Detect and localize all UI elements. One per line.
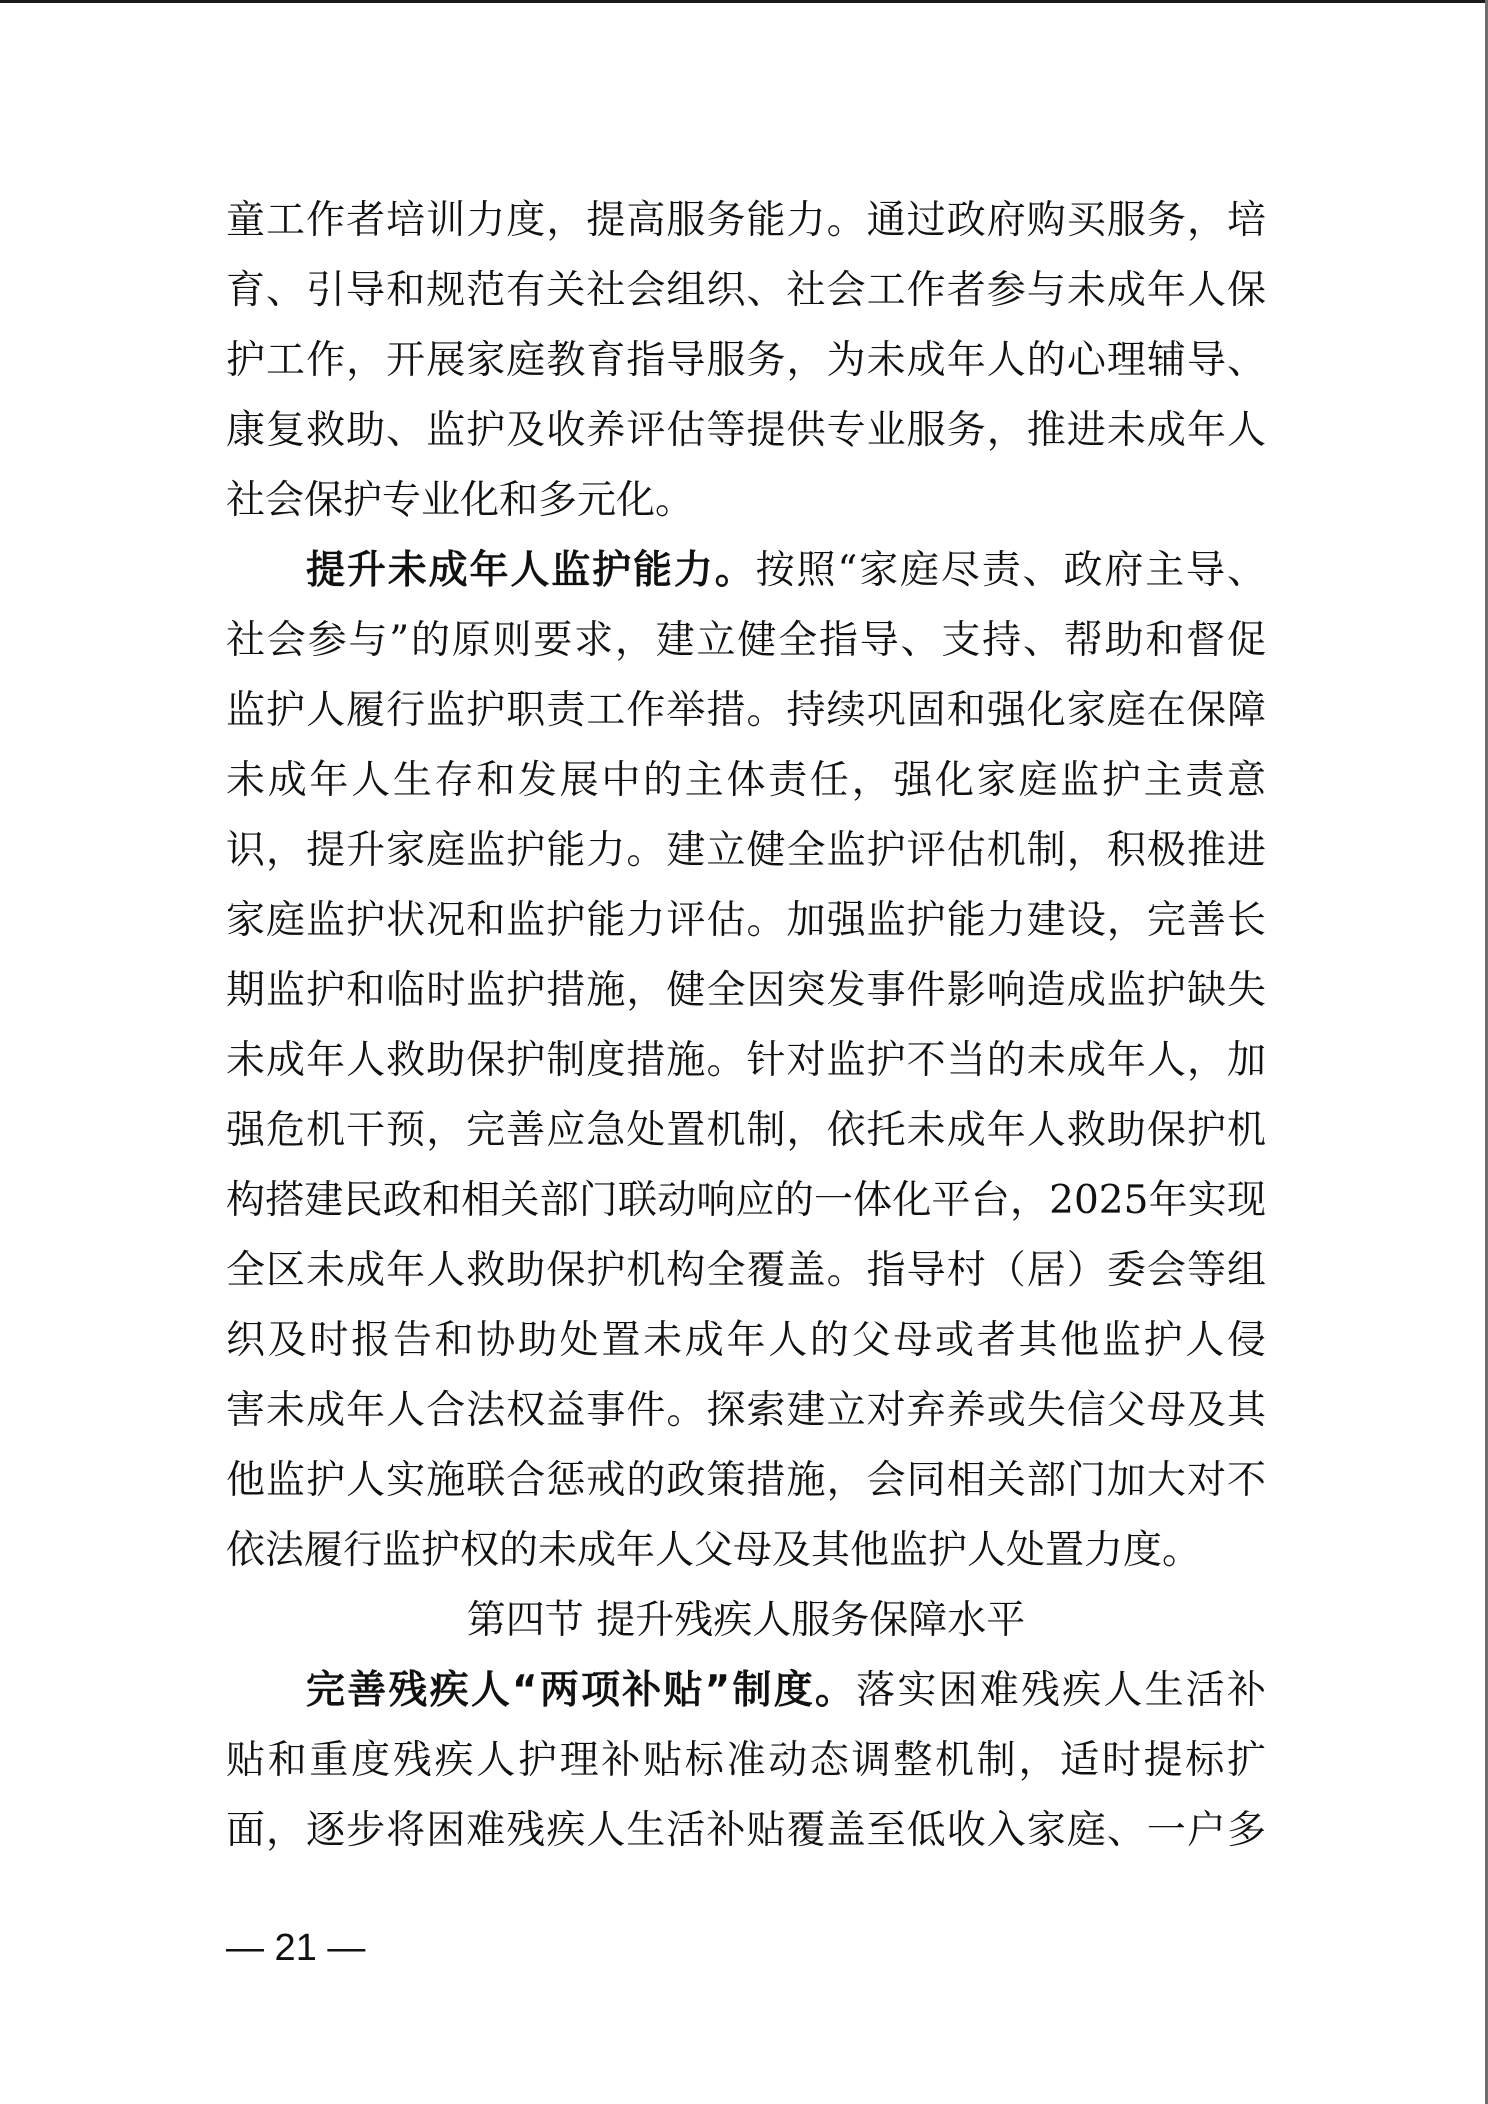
paragraph-guardianship-capacity: 提升未成年人监护能力。按照“家庭尽责、政府主导、 社会参与”的原则要求，建立健全… — [226, 542, 1266, 1592]
section-heading: 第四节 提升残疾人服务保障水平 — [226, 1592, 1266, 1662]
paragraph-first-line: 完善残疾人“两项补贴”制度。落实困难残疾人生活补 — [226, 1662, 1266, 1732]
text-line: 面，逐步将困难残疾人生活补贴覆盖至低收入家庭、一户多 — [226, 1802, 1266, 1872]
text-line: 强危机干预，完善应急处置机制，依托未成年人救助保护机 — [226, 1102, 1266, 1172]
text-segment: 按照“家庭尽责、政府主导、 — [756, 548, 1266, 593]
text-line: 期监护和临时监护措施，健全因突发事件影响造成监护缺失 — [226, 962, 1266, 1032]
text-line: 家庭监护状况和监护能力评估。加强监护能力建设，完善长 — [226, 892, 1266, 962]
text-line: 依法履行监护权的未成年人父母及其他监护人处置力度。 — [226, 1522, 1266, 1592]
text-line: 未成年人救助保护制度措施。针对监护不当的未成年人，加 — [226, 1032, 1266, 1102]
paragraph-first-line: 提升未成年人监护能力。按照“家庭尽责、政府主导、 — [226, 542, 1266, 612]
document-body: 童工作者培训力度，提高服务能力。通过政府购买服务，培 育、引导和规范有关社会组织… — [226, 192, 1266, 1872]
text-line: 全区未成年人救助保护机构全覆盖。指导村（居）委会等组 — [226, 1242, 1266, 1312]
text-line: 他监护人实施联合惩戒的政策措施，会同相关部门加大对不 — [226, 1452, 1266, 1522]
page-border-top — [0, 0, 1488, 3]
text-line: 构搭建民政和相关部门联动响应的一体化平台，2025年实现 — [226, 1172, 1266, 1242]
text-line: 护工作，开展家庭教育指导服务，为未成年人的心理辅导、 — [226, 332, 1266, 402]
paragraph-lead-bold: 提升未成年人监护能力。 — [306, 548, 756, 593]
text-line: 贴和重度残疾人护理补贴标准动态调整机制，适时提标扩 — [226, 1732, 1266, 1802]
text-line: 育、引导和规范有关社会组织、社会工作者参与未成年人保 — [226, 262, 1266, 332]
page-number: — 21 — — [226, 1920, 365, 1976]
paragraph-disability-subsidies: 完善残疾人“两项补贴”制度。落实困难残疾人生活补 贴和重度残疾人护理补贴标准动态… — [226, 1662, 1266, 1872]
text-line: 康复救助、监护及收养评估等提供专业服务，推进未成年人 — [226, 402, 1266, 472]
text-line: 未成年人生存和发展中的主体责任，强化家庭监护主责意 — [226, 752, 1266, 822]
text-line: 织及时报告和协助处置未成年人的父母或者其他监护人侵 — [226, 1312, 1266, 1382]
text-line: 社会参与”的原则要求，建立健全指导、支持、帮助和督促 — [226, 612, 1266, 682]
text-segment: 落实困难残疾人生活补 — [856, 1668, 1266, 1713]
text-line: 监护人履行监护职责工作举措。持续巩固和强化家庭在保障 — [226, 682, 1266, 752]
text-line: 害未成年人合法权益事件。探索建立对弃养或失信父母及其 — [226, 1382, 1266, 1452]
text-line: 童工作者培训力度，提高服务能力。通过政府购买服务，培 — [226, 192, 1266, 262]
text-line: 社会保护专业化和多元化。 — [226, 472, 1266, 542]
paragraph-child-worker-training: 童工作者培训力度，提高服务能力。通过政府购买服务，培 育、引导和规范有关社会组织… — [226, 192, 1266, 542]
paragraph-lead-bold: 完善残疾人“两项补贴”制度。 — [306, 1668, 856, 1713]
text-line: 识，提升家庭监护能力。建立健全监护评估机制，积极推进 — [226, 822, 1266, 892]
